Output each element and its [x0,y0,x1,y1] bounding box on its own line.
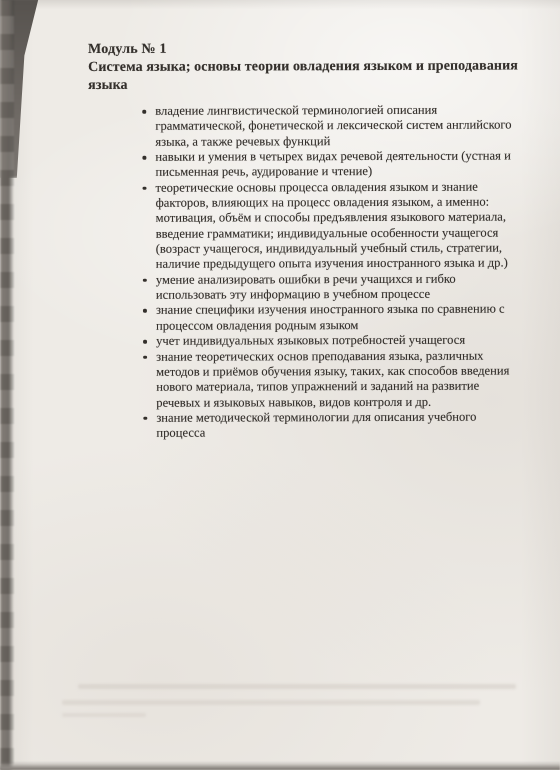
competency-item: знание теоретических основ преподавания … [142,348,524,411]
module-title: Модуль № 1 [88,38,536,59]
bleed-through-text-line [62,713,146,717]
competency-item: навыки и умения в четырех видах речевой … [141,149,523,181]
competency-item: учет индивидуальных языковых потребносте… [142,333,524,350]
competency-list: владение лингвистической терминологией о… [141,102,524,441]
competency-item: знание методической терминологии для опи… [142,409,524,441]
scan-edge-left [0,0,14,770]
scanned-document-page: Модуль № 1 Система языка; основы теории … [88,38,537,441]
bleed-through-text-line [78,684,516,689]
competency-item: знание специфики изучения иностранного я… [142,302,524,334]
competency-item: владение лингвистической терминологией о… [141,102,523,149]
competency-item: умение анализировать ошибки в речи учащи… [142,271,524,303]
bleed-through-text-line [62,700,480,705]
scan-edge-bottom [0,761,560,770]
document-subtitle: Система языка; основы теории овладения я… [88,57,522,95]
competency-item: теоретические основы процесса овладения … [141,179,523,272]
